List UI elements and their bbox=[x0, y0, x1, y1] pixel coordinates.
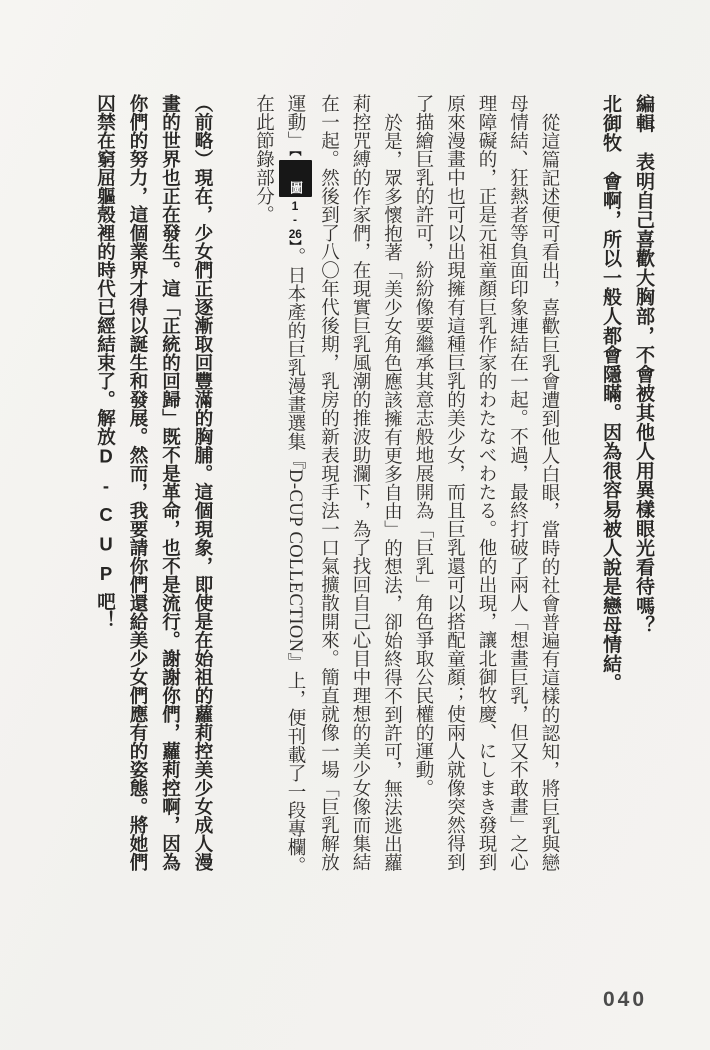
figure-box-icon: 圖 bbox=[279, 160, 313, 197]
dialogue-kitamimaki-line: 北御牧 會啊，所以一般人都會隱瞞。因為很容易被人說是戀母情結。 bbox=[594, 94, 627, 886]
body-paragraph-2-text-cont: 。日本產的巨乳漫畫選集『 bbox=[285, 247, 305, 469]
body-paragraph-1: 從這篇記述便可看出，喜歡巨乳會遭到他人白眼，當時的社會普遍有這樣的認知，將巨乳與… bbox=[407, 94, 565, 886]
figure-ref-close-bracket: 】 bbox=[288, 240, 302, 248]
figure-number: 1-26 bbox=[288, 200, 302, 240]
page-text-area: 編輯 表明自己喜歡大胸部，不會被其他人用異樣眼光看待嗎？ 北御牧 會啊，所以一般… bbox=[89, 94, 660, 886]
collection-title: D-CUP COLLECTION bbox=[285, 469, 305, 653]
figure-number-second: 26 bbox=[288, 228, 302, 240]
dialogue-section: 編輯 表明自己喜歡大胸部，不會被其他人用異樣眼光看待嗎？ 北御牧 會啊，所以一般… bbox=[594, 94, 660, 886]
body-section: 從這篇記述便可看出，喜歡巨乳會遭到他人白眼，當時的社會普遍有這樣的認知，將巨乳與… bbox=[247, 94, 564, 886]
dialogue-editor-line: 編輯 表明自己喜歡大胸部，不會被其他人用異樣眼光看待嗎？ bbox=[627, 94, 660, 886]
figure-number-first: 1 bbox=[288, 200, 302, 212]
figure-ref-open-bracket: 【 bbox=[288, 150, 302, 158]
figure-number-dash: - bbox=[288, 212, 302, 228]
figure-reference-1-26: 【圖1-26】 bbox=[288, 150, 302, 248]
quote-text-end: 吧！ bbox=[96, 592, 117, 629]
quoted-column-section: （前略）現在，少女們正逐漸取回豐滿的胸脯。這個現象，即使是在始祖的蘿莉控美少女成… bbox=[89, 94, 219, 886]
body-paragraph-2: 於是，眾多懷抱著「美少女角色應該擁有更多自由」的想法，卻始終得不到許可，無法逃出… bbox=[247, 94, 407, 886]
page-number: 040 bbox=[603, 988, 647, 1012]
book-page: 編輯 表明自己喜歡大胸部，不會被其他人用異樣眼光看待嗎？ 北御牧 會啊，所以一般… bbox=[0, 0, 710, 1050]
dcup-upright-text: D-CUP bbox=[96, 446, 117, 593]
quote-paragraph: （前略）現在，少女們正逐漸取回豐滿的胸脯。這個現象，即使是在始祖的蘿莉控美少女成… bbox=[89, 94, 219, 886]
